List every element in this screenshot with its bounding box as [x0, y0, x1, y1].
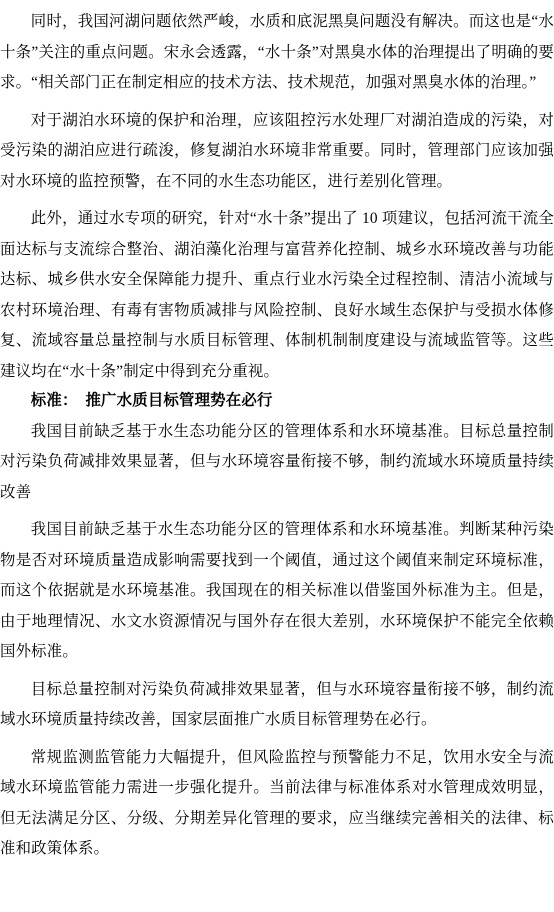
- paragraph: 此外，通过水专项的研究，针对“水十条”提出了 10 项建议，包括河流干流全面达标…: [0, 204, 554, 387]
- paragraph: 我国目前缺乏基于水生态功能分区的管理体系和水环境基准。目标总量控制对污染负荷减排…: [0, 417, 554, 509]
- paragraph: 目标总量控制对污染负荷减排效果显著，但与水环境容量衔接不够，制约流域水环境质量持…: [0, 675, 554, 736]
- paragraph: 同时，我国河湖问题依然严峻，水质和底泥黑臭问题没有解决。而这也是“水十条”关注的…: [0, 7, 554, 99]
- article-body: 同时，我国河湖问题依然严峻，水质和底泥黑臭问题没有解决。而这也是“水十条”关注的…: [0, 7, 554, 865]
- paragraph: 我国目前缺乏基于水生态功能分区的管理体系和水环境基准。判断某种污染物是否对环境质…: [0, 515, 554, 668]
- section-heading: 标准： 推广水质目标管理势在必行: [0, 386, 554, 417]
- paragraph: 对于湖泊水环境的保护和治理，应该阻控污水处理厂对湖泊造成的污染，对受污染的湖泊应…: [0, 106, 554, 198]
- paragraph: 常规监测监管能力大幅提升，但风险监控与预警能力不足，饮用水安全与流域水环境监管能…: [0, 743, 554, 865]
- document-page: 同时，我国河湖问题依然严峻，水质和底泥黑臭问题没有解决。而这也是“水十条”关注的…: [0, 0, 554, 912]
